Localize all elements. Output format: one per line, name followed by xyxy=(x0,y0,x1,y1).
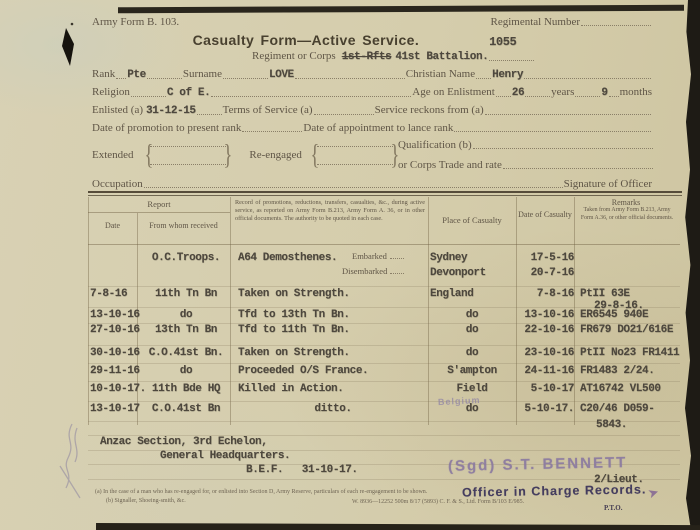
table-row: 30-10-16 C.O.41st Bn. Taken on Strength.… xyxy=(0,347,700,361)
cell-from: 11th Tn Bn xyxy=(140,288,232,300)
report-header: Report xyxy=(88,199,230,209)
purple-arrow-mark: ➤ xyxy=(646,484,661,503)
cell-place: do xyxy=(430,347,514,359)
extended-label: Extended xyxy=(92,149,134,161)
bef-date-line: B.E.F. 31-10-17. xyxy=(246,464,358,476)
cell-casualty-date: 5-10-17. xyxy=(512,403,574,415)
anzac-section-line: Anzac Section, 3rd Echelon, xyxy=(100,436,267,448)
record-header: Record of promotions, reductions, transf… xyxy=(235,199,425,223)
cell-remarks: C20/46 D059- xyxy=(580,403,696,415)
cell-remarks: PtII No23 FR1411 xyxy=(580,347,696,359)
title-line: Casualty Form—Active Service. 1055 xyxy=(92,32,652,49)
cell-place: Field xyxy=(430,383,514,395)
reengaged-label: Re-engaged xyxy=(249,149,302,161)
cell-place: Sydney xyxy=(430,252,514,264)
cell-remarks: AT16742 VL500 xyxy=(580,383,696,395)
torn-corner-mark xyxy=(50,20,86,70)
pto-label: P.T.O. xyxy=(604,504,622,512)
religion-label: Religion xyxy=(92,86,130,98)
cell-from: O.C.Troops. xyxy=(140,252,232,264)
signature-of-officer-label: Signature of Officer xyxy=(564,178,652,190)
promotion-label: Date of promotion to present rank xyxy=(92,122,241,134)
reengaged-brace: {} xyxy=(308,140,402,170)
cell-place: S'ampton xyxy=(430,365,514,377)
form-number: Army Form B. 103. xyxy=(92,16,179,28)
cell-report-date: 13-10-17 xyxy=(90,403,146,415)
extended-brace: {} xyxy=(142,140,236,170)
cell-report-date: 29-11-16 xyxy=(90,365,146,377)
months-label: months xyxy=(620,86,652,98)
date-of-casualty-header: Date of Casualty xyxy=(516,210,574,220)
age-years-value: 26 xyxy=(512,87,524,99)
extended-block: Extended {} Re-engaged {} xyxy=(92,140,402,170)
cell-casualty-date: 5-10-17 xyxy=(512,383,574,395)
surname-value: LOVE xyxy=(269,69,294,81)
cell-from: C.O.41st Bn xyxy=(140,403,232,415)
cell-remarks: FR1483 2/24. xyxy=(580,365,696,377)
surname-label: Surname xyxy=(183,68,222,80)
regiment-line: Regiment or Corps 1st-Rfts 41st Battalio… xyxy=(92,50,652,63)
cell-casualty-date: 7-8-16 xyxy=(512,288,574,300)
cell-record: Taken on Strength. xyxy=(238,288,428,300)
corps-trade-label: or Corps Trade and rate xyxy=(398,159,502,171)
religion-line: Religion C of E. Age on Enlistment 26 ye… xyxy=(92,86,652,99)
cell-place: do xyxy=(430,324,514,336)
table-row: 10-10-17. 11th Bde HQ Killed in Action. … xyxy=(0,383,700,397)
years-label: years xyxy=(551,86,574,98)
qualification-block: Qualification (b) or Corps Trade and rat… xyxy=(398,139,654,171)
cell-report-date: 7-8-16 xyxy=(90,288,146,300)
enlisted-label: Enlisted (a) xyxy=(92,104,143,116)
cell-from: do xyxy=(140,309,232,321)
cell-record: Killed in Action. xyxy=(238,383,428,395)
general-headquarters-line: General Headquarters. xyxy=(160,450,290,462)
regiment-label: Regiment or Corps xyxy=(252,50,336,62)
divider-heavy xyxy=(88,191,682,193)
cell-remarks: PtII 63E xyxy=(580,288,696,300)
regiment-struck-value: 1st-Rfts xyxy=(342,51,392,63)
cell-place: do xyxy=(430,309,514,321)
page-title: Casualty Form—Active Service. xyxy=(193,32,419,48)
cell-place: England xyxy=(430,288,514,300)
cell-record: Proceeded O/S France. xyxy=(238,365,428,377)
enlisted-value: 31-12-15 xyxy=(146,105,196,117)
footnote-b: (b) Signaller, Shoeing-smith, &c. xyxy=(106,498,186,504)
footnote-a: (a) In the case of a man who has re-enga… xyxy=(95,489,427,495)
cell-casualty-date: 23-10-16 xyxy=(512,347,574,359)
christian-name-label: Christian Name xyxy=(406,68,475,80)
table-row: O.C.Troops. A64 Demosthenes. Sydney 17-5… xyxy=(0,252,700,266)
cell-from: 13th Tn Bn xyxy=(140,324,232,336)
rank-value: Pte xyxy=(127,69,146,81)
handwritten-ink-mark xyxy=(50,418,90,510)
cell-record: Tfd to 11th Tn Bn. xyxy=(238,324,428,336)
photo-bottom-edge xyxy=(96,523,700,530)
cell-report-date: 30-10-16 xyxy=(90,347,146,359)
stamp-number: 1055 xyxy=(489,35,516,49)
table-row: Devonport 20-7-16 xyxy=(0,267,700,281)
place-of-casualty-header: Place of Casualty xyxy=(428,215,516,225)
date-header: Date xyxy=(88,221,137,230)
table-row: 13-10-16 do Tfd to 13th Tn Bn. do 13-10-… xyxy=(0,309,700,323)
cell-record: Taken on Strength. xyxy=(238,347,428,359)
terms-of-service-label: Terms of Service (a) xyxy=(223,104,313,116)
occupation-line: Occupation Signature of Officer xyxy=(92,178,652,190)
cell-from: 11th Bde HQ xyxy=(140,383,232,395)
promotion-line: Date of promotion to present rank Date o… xyxy=(92,122,652,134)
cell-casualty-date: 22-10-16 xyxy=(512,324,574,336)
occupation-label: Occupation xyxy=(92,178,143,190)
rank-label: Rank xyxy=(92,68,115,80)
from-whom-header: From whom received xyxy=(137,221,230,230)
cell-remarks: ER6545 940E xyxy=(580,309,696,321)
cell-report-date: 27-10-16 xyxy=(90,324,146,336)
officer-in-charge-records-stamp: Officer in Charge Records. xyxy=(462,482,647,499)
cell-record: ditto. xyxy=(238,403,428,415)
cell-casualty-date: 20-7-16 xyxy=(512,267,574,279)
cell-remarks: FR679 DO21/616E xyxy=(580,324,696,336)
regimental-number-label: Regimental Number xyxy=(490,16,580,28)
table-row: 27-10-16 13th Tn Bn Tfd to 11th Tn Bn. d… xyxy=(0,324,700,338)
cell-casualty-date: 17-5-16 xyxy=(512,252,574,264)
document-paper: Army Form B. 103. Regimental Number Casu… xyxy=(0,0,700,530)
signed-bennett-stamp: (Sgd) S.T. BENNETT xyxy=(448,454,628,475)
cell-remarks-2: 5843. xyxy=(596,419,627,431)
enlisted-line: Enlisted (a) 31-12-15 Terms of Service (… xyxy=(92,104,652,117)
lance-rank-label: Date of appointment to lance rank xyxy=(303,122,453,134)
table-header-bottom xyxy=(88,244,680,245)
cell-record: A64 Demosthenes. xyxy=(238,252,428,264)
table-row: 29-11-16 do Proceeded O/S France. S'ampt… xyxy=(0,365,700,379)
rank-line: Rank Pte Surname LOVE Christian Name Hen… xyxy=(92,68,652,81)
remarks-header: Remarks xyxy=(576,198,676,207)
religion-value: C of E. xyxy=(167,87,210,99)
cell-record: Tfd to 13th Tn Bn. xyxy=(238,309,428,321)
christian-name-value: Henry xyxy=(492,69,523,81)
qualification-label: Qualification (b) xyxy=(398,139,472,151)
cell-place: do xyxy=(430,403,514,415)
divider-thin xyxy=(88,195,682,196)
cell-from: do xyxy=(140,365,232,377)
cell-casualty-date: 24-11-16 xyxy=(512,365,574,377)
cell-report-date: 10-10-17. xyxy=(90,383,146,395)
print-code: W. 8936—12252 500m 8/17 (5893) C. F. & S… xyxy=(352,499,524,505)
regiment-value: 41st Battalion. xyxy=(395,51,488,63)
table-row: 13-10-17 C.O.41st Bn ditto. do 5-10-17. … xyxy=(0,403,700,417)
cell-casualty-date: 13-10-16 xyxy=(512,309,574,321)
remarks-header-note: Taken from Army Form B.213, Army Form A.… xyxy=(580,207,674,222)
cell-report-date: 13-10-16 xyxy=(90,309,146,321)
form-number-line: Army Form B. 103. Regimental Number xyxy=(92,16,652,28)
cell-place: Devonport xyxy=(430,267,514,279)
service-reckons-label: Service reckons from (a) xyxy=(375,104,484,116)
age-months-value: 9 xyxy=(601,87,607,99)
cell-from: C.O.41st Bn. xyxy=(140,347,232,359)
report-underline xyxy=(88,212,230,213)
age-label: Age on Enlistment xyxy=(412,86,495,98)
